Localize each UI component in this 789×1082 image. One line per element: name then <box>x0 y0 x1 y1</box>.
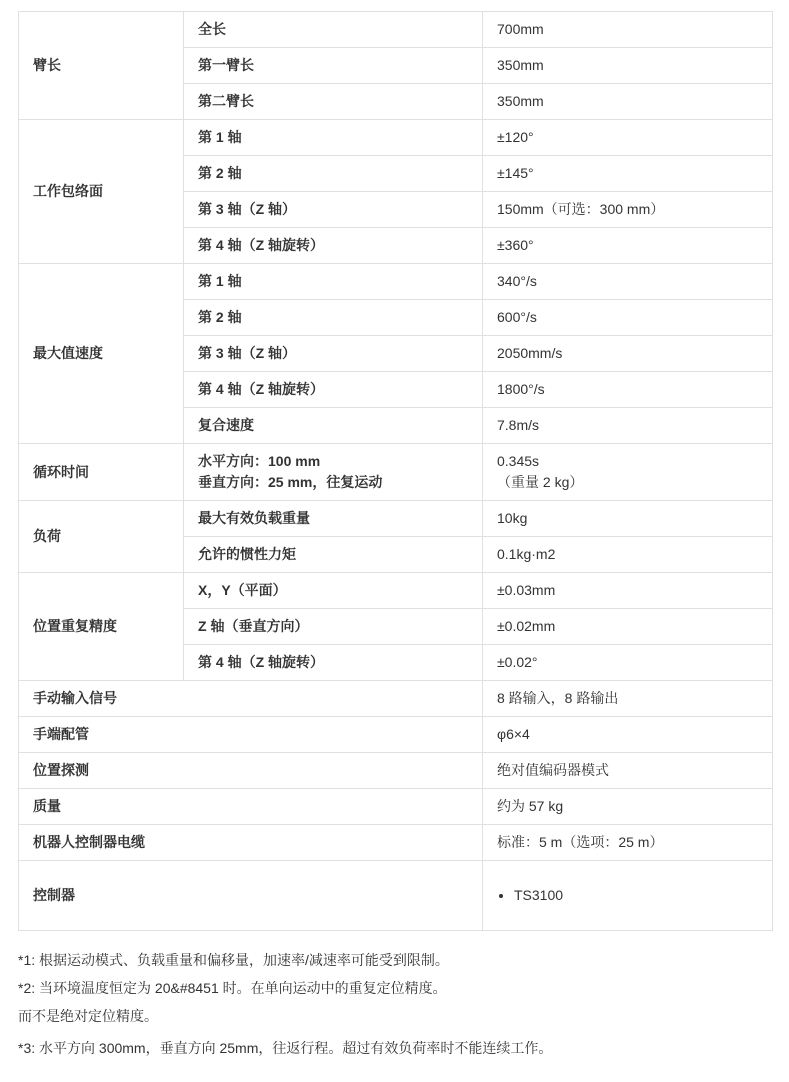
table-row: 工作包络面第 1 轴±120° <box>19 120 773 156</box>
spec-label-cell: Z 轴（垂直方向） <box>184 609 483 645</box>
spec-value-cell: 7.8m/s <box>483 408 773 444</box>
spec-category-cell: 位置重复精度 <box>19 573 184 681</box>
footnote-line: 而不是绝对定位精度。 <box>18 1002 772 1030</box>
spec-value-cell: ±360° <box>483 228 773 264</box>
spec-label-cell: 第 1 轴 <box>184 264 483 300</box>
table-row: 最大值速度第 1 轴340°/s <box>19 264 773 300</box>
spec-value-cell: ±0.02° <box>483 645 773 681</box>
spec-category-cell: 臂长 <box>19 12 184 120</box>
spec-category-cell: 控制器 <box>19 861 483 931</box>
spec-value-cell: ±145° <box>483 156 773 192</box>
spec-label-cell: 第 4 轴（Z 轴旋转） <box>184 372 483 408</box>
value-bullet-list: TS3100 <box>497 885 758 906</box>
spec-value-cell: φ6×4 <box>483 717 773 753</box>
table-row: 机器人控制器电缆标准：5 m（选项：25 m） <box>19 825 773 861</box>
spec-label-cell: X，Y（平面） <box>184 573 483 609</box>
spec-category-cell: 工作包络面 <box>19 120 184 264</box>
spec-label-cell: 允许的惯性力矩 <box>184 537 483 573</box>
footnote-line: *3: 水平方向 300mm，垂直方向 25mm，往返行程。超过有效负荷率时不能… <box>18 1034 772 1062</box>
spec-label-cell: 第 2 轴 <box>184 300 483 336</box>
spec-category-cell: 质量 <box>19 789 483 825</box>
table-row: 手动输入信号8 路输入，8 路输出 <box>19 681 773 717</box>
spec-value-cell: 600°/s <box>483 300 773 336</box>
footnotes: *1: 根据运动模式、负载重量和偏移量，加速率/减速率可能受到限制。*2: 当环… <box>18 946 772 1062</box>
list-item: TS3100 <box>514 885 758 906</box>
spec-value-cell: 0.1kg·m2 <box>483 537 773 573</box>
spec-value-cell: ±0.03mm <box>483 573 773 609</box>
spec-category-cell: 手动输入信号 <box>19 681 483 717</box>
spec-value-cell: 0.345s （重量 2 kg） <box>483 444 773 501</box>
spec-label-cell: 第 4 轴（Z 轴旋转） <box>184 228 483 264</box>
spec-label-cell: 复合速度 <box>184 408 483 444</box>
spec-value-cell: 约为 57 kg <box>483 789 773 825</box>
spec-value-cell: ±0.02mm <box>483 609 773 645</box>
spec-label-cell: 第 1 轴 <box>184 120 483 156</box>
spec-value-cell: ±120° <box>483 120 773 156</box>
spec-label-cell: 第一臂长 <box>184 48 483 84</box>
spec-value-cell: 340°/s <box>483 264 773 300</box>
spec-value-cell: 标准：5 m（选项：25 m） <box>483 825 773 861</box>
spec-category-cell: 负荷 <box>19 501 184 573</box>
spec-category-cell: 机器人控制器电缆 <box>19 825 483 861</box>
spec-table-body: 臂长全长700mm第一臂长350mm第二臂长350mm工作包络面第 1 轴±12… <box>19 12 773 931</box>
table-row: 负荷最大有效负载重量10kg <box>19 501 773 537</box>
spec-category-cell: 位置探测 <box>19 753 483 789</box>
table-row: 臂长全长700mm <box>19 12 773 48</box>
spec-label-cell: 最大有效负载重量 <box>184 501 483 537</box>
spec-value-cell: 10kg <box>483 501 773 537</box>
spec-category-cell: 手端配管 <box>19 717 483 753</box>
spec-label-cell: 水平方向：100 mm 垂直方向：25 mm，往复运动 <box>184 444 483 501</box>
table-row: 循环时间水平方向：100 mm 垂直方向：25 mm，往复运动0.345s （重… <box>19 444 773 501</box>
spec-label-cell: 第 2 轴 <box>184 156 483 192</box>
spec-category-cell: 最大值速度 <box>19 264 184 444</box>
spec-label-cell: 第 4 轴（Z 轴旋转） <box>184 645 483 681</box>
table-row: 位置探测绝对值编码器模式 <box>19 753 773 789</box>
table-row: 质量约为 57 kg <box>19 789 773 825</box>
spec-label-cell: 第 3 轴（Z 轴） <box>184 192 483 228</box>
robot-spec-table: 臂长全长700mm第一臂长350mm第二臂长350mm工作包络面第 1 轴±12… <box>18 11 773 931</box>
spec-value-cell: 350mm <box>483 48 773 84</box>
spec-label-cell: 全长 <box>184 12 483 48</box>
spec-label-cell: 第二臂长 <box>184 84 483 120</box>
table-row: 位置重复精度X，Y（平面）±0.03mm <box>19 573 773 609</box>
spec-page: 臂长全长700mm第一臂长350mm第二臂长350mm工作包络面第 1 轴±12… <box>0 0 789 1082</box>
spec-value-cell: 绝对值编码器模式 <box>483 753 773 789</box>
footnote-line: *2: 当环境温度恒定为 20&#8451 时。在单向运动中的重复定位精度。 <box>18 974 772 1002</box>
spec-value-cell: 1800°/s <box>483 372 773 408</box>
spec-value-cell: TS3100 <box>483 861 773 931</box>
spec-label-cell: 第 3 轴（Z 轴） <box>184 336 483 372</box>
spec-category-cell: 循环时间 <box>19 444 184 501</box>
footnote-line: *1: 根据运动模式、负载重量和偏移量，加速率/减速率可能受到限制。 <box>18 946 772 974</box>
spec-value-cell: 2050mm/s <box>483 336 773 372</box>
spec-value-cell: 700mm <box>483 12 773 48</box>
table-row: 控制器TS3100 <box>19 861 773 931</box>
spec-value-cell: 150mm（可选：300 mm） <box>483 192 773 228</box>
table-row: 手端配管φ6×4 <box>19 717 773 753</box>
spec-value-cell: 350mm <box>483 84 773 120</box>
spec-value-cell: 8 路输入，8 路输出 <box>483 681 773 717</box>
